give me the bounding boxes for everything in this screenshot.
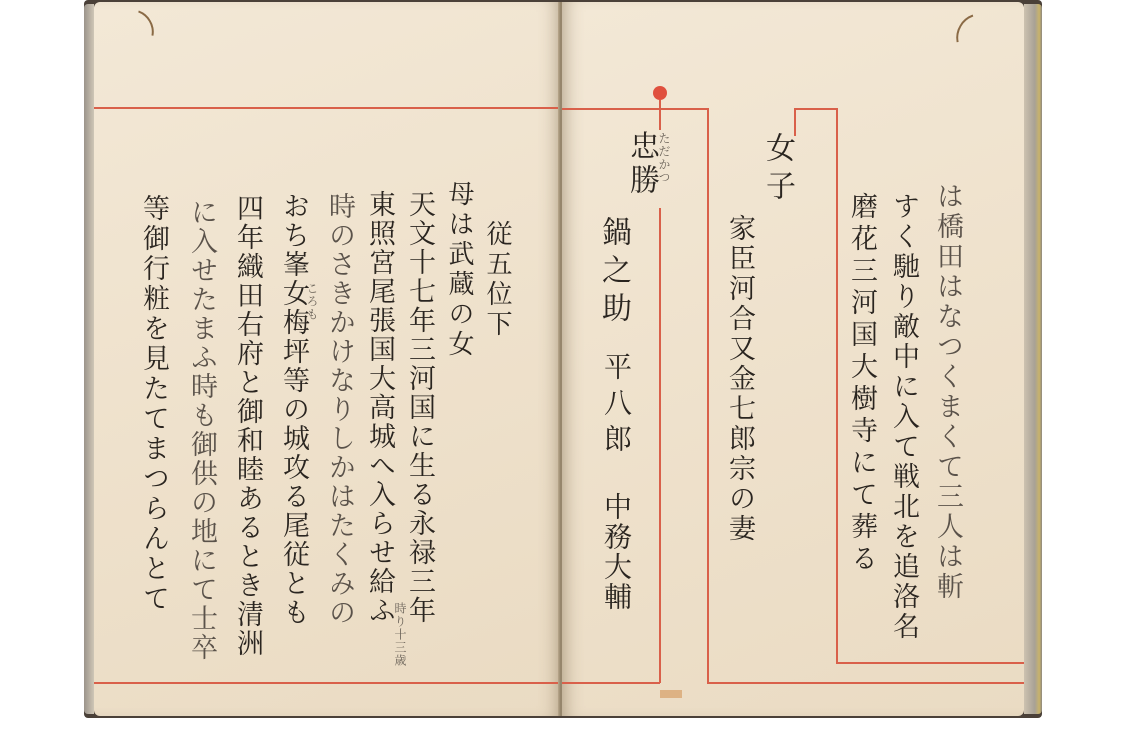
- narrative-column: は橋田はなつくまくて三人は斬: [934, 182, 961, 602]
- ruby-annotation: 時り十三歳: [394, 602, 406, 667]
- bottom-red-rule: [562, 682, 660, 684]
- lineage-vertical-rule: [659, 208, 661, 683]
- daughter-frame-top: [794, 108, 838, 110]
- right-page: 忠勝 ただかつ 鍋之助 平八郎 中務大輔 女子 家臣河合又金七郎宗の妻 は橋田は…: [562, 2, 1024, 716]
- text-column: 時のさきかけなりしかはたくみの: [326, 192, 353, 627]
- top-red-rule: [94, 107, 560, 109]
- ruby-annotation: ころも: [306, 282, 318, 321]
- paper-stain: [660, 690, 682, 698]
- lineage-rule-top: [562, 108, 708, 110]
- book-left-edge: [84, 4, 94, 714]
- daughter-frame-bottom: [836, 662, 1024, 664]
- red-seal-dot: [653, 86, 667, 100]
- child-name: 中務大輔: [602, 492, 630, 612]
- child-name: 平八郎: [602, 352, 630, 460]
- lineage-vertical-rule: [707, 108, 709, 683]
- text-column: 従五位下: [484, 220, 510, 340]
- child-name: 鍋之助: [598, 216, 628, 330]
- daughter-text: 家臣河合又金七郎宗の妻: [726, 214, 753, 544]
- text-column: 四年織田右府と御和睦あるとき清洲: [234, 194, 261, 658]
- paper-crease: [111, 3, 160, 55]
- daughter-frame-right: [836, 108, 838, 664]
- narrative-column: 磨花三河国大樹寺にて葬る: [848, 192, 875, 576]
- text-column: おち峯女梅坪等の城攻る尾従とも: [280, 192, 307, 627]
- lineage-connector: [659, 100, 661, 130]
- narrative-column: すく馳り敵中に入て戦北を追洛名: [890, 192, 917, 642]
- book-right-edge: [1024, 4, 1042, 714]
- paper-crease: [949, 6, 1004, 63]
- text-column: に入せたまふ時も御供の地にて士卒: [188, 198, 215, 662]
- head-name-reading: ただかつ: [658, 132, 670, 184]
- left-page: 従五位下 母は武蔵の女 天文十七年三河国に生る永禄三年 東照宮尾張国大高城へ入ら…: [94, 2, 560, 716]
- open-manuscript-book: 従五位下 母は武蔵の女 天文十七年三河国に生る永禄三年 東照宮尾張国大高城へ入ら…: [84, 0, 1042, 718]
- head-name: 忠勝: [626, 130, 656, 198]
- bottom-red-rule: [94, 682, 560, 684]
- text-column: 母は武蔵の女: [446, 180, 472, 360]
- bottom-red-rule: [707, 682, 1024, 684]
- text-column: 東照宮尾張国大高城へ入らせ給ふ: [366, 190, 393, 625]
- text-column: 天文十七年三河国に生る永禄三年: [406, 190, 433, 625]
- text-column: 等御行粧を見たてまつらんとて: [140, 194, 167, 614]
- daughter-label: 女子: [762, 132, 792, 208]
